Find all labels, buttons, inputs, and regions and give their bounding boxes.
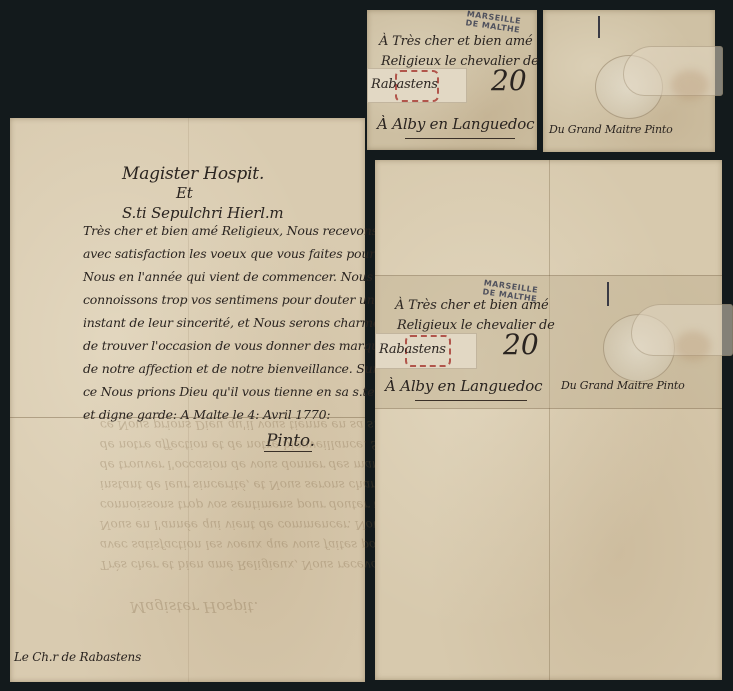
address-line-3: Rabastens xyxy=(379,342,446,357)
bleed-through-text: de trouver l'occasion de vous donner des… xyxy=(100,458,406,472)
address-line-1: À Très cher et bien amé xyxy=(379,34,533,49)
letter-heading-1: Magister Hospit. xyxy=(122,164,264,184)
letter-body-line: Nous en l'année qui vient de commencer. … xyxy=(83,269,373,284)
letter-body-line: de trouver l'occasion de vous donner des… xyxy=(83,338,392,353)
letter-body-line: connoissons trop vos sentimens pour dout… xyxy=(83,292,375,307)
address-underline xyxy=(405,138,515,139)
address-line-4: À Alby en Languedoc xyxy=(385,377,542,395)
stain xyxy=(675,331,711,361)
bleed-through-text: ce Nous prions Dieu qu'il vous tienne en… xyxy=(100,418,389,432)
sheet-center-fold xyxy=(549,160,550,680)
ink-stroke xyxy=(598,16,600,38)
docket-note: Du Grand Maitre Pinto xyxy=(561,379,685,392)
bleed-through-text: Nous en l'année qui vient de commencer. … xyxy=(100,518,387,532)
ink-stroke xyxy=(607,282,609,306)
letter-body-line: de notre affection et de notre bienveill… xyxy=(83,361,378,376)
postal-charge: 20 xyxy=(503,328,539,361)
letter-body-line: avec satisfaction les voeux que vous fai… xyxy=(83,246,375,261)
stain xyxy=(671,70,709,100)
bleed-through-text: connoissons trop vos sentimens pour dout… xyxy=(100,498,389,512)
letter-body-line: instant de leur sincerité, et Nous seron… xyxy=(83,315,386,330)
letter-body-line: Très cher et bien amé Religieux, Nous re… xyxy=(83,223,378,238)
address-line-3: Rabastens xyxy=(371,77,438,92)
cover-front-folded: MARSEILLE DE MALTHE À Très cher et bien … xyxy=(367,10,537,150)
bleed-through-text: instant de leur sincerité, et Nous seron… xyxy=(100,478,401,492)
letter-sheet-reverse: MARSEILLE DE MALTHE À Très cher et bien … xyxy=(375,160,722,680)
address-line-1: À Très cher et bien amé xyxy=(395,298,549,313)
postal-charge: 20 xyxy=(491,64,527,97)
letter-body-line: ce Nous prions Dieu qu'il vous tienne en… xyxy=(83,384,375,399)
bleed-through-text: Très cher et bien amé Religieux, Nous re… xyxy=(100,558,392,572)
letter-page: Magister Hospit. Et S.ti Sepulchri Hierl… xyxy=(10,118,365,682)
bleed-through-text: avec satisfaction les voeux que vous fai… xyxy=(100,538,390,552)
bleed-through-text: de notre affection et de notre bienveill… xyxy=(100,438,392,452)
postmark-stamp: MARSEILLE DE MALTHE xyxy=(465,9,522,34)
letter-footer-note: Le Ch.r de Rabastens xyxy=(14,650,141,664)
bleed-through-heading: Magister Hospit. xyxy=(130,598,258,616)
letter-heading-3: S.ti Sepulchri Hierl.m xyxy=(122,204,283,222)
cover-back-folded: Du Grand Maitre Pinto xyxy=(543,10,715,152)
docket-note: Du Grand Maitre Pinto xyxy=(549,123,673,136)
address-panel: MARSEILLE DE MALTHE À Très cher et bien … xyxy=(375,276,722,408)
address-underline xyxy=(415,400,527,401)
letter-heading-2: Et xyxy=(176,184,193,202)
sheet-fold-line xyxy=(375,408,722,409)
address-line-4: À Alby en Languedoc xyxy=(377,115,534,133)
